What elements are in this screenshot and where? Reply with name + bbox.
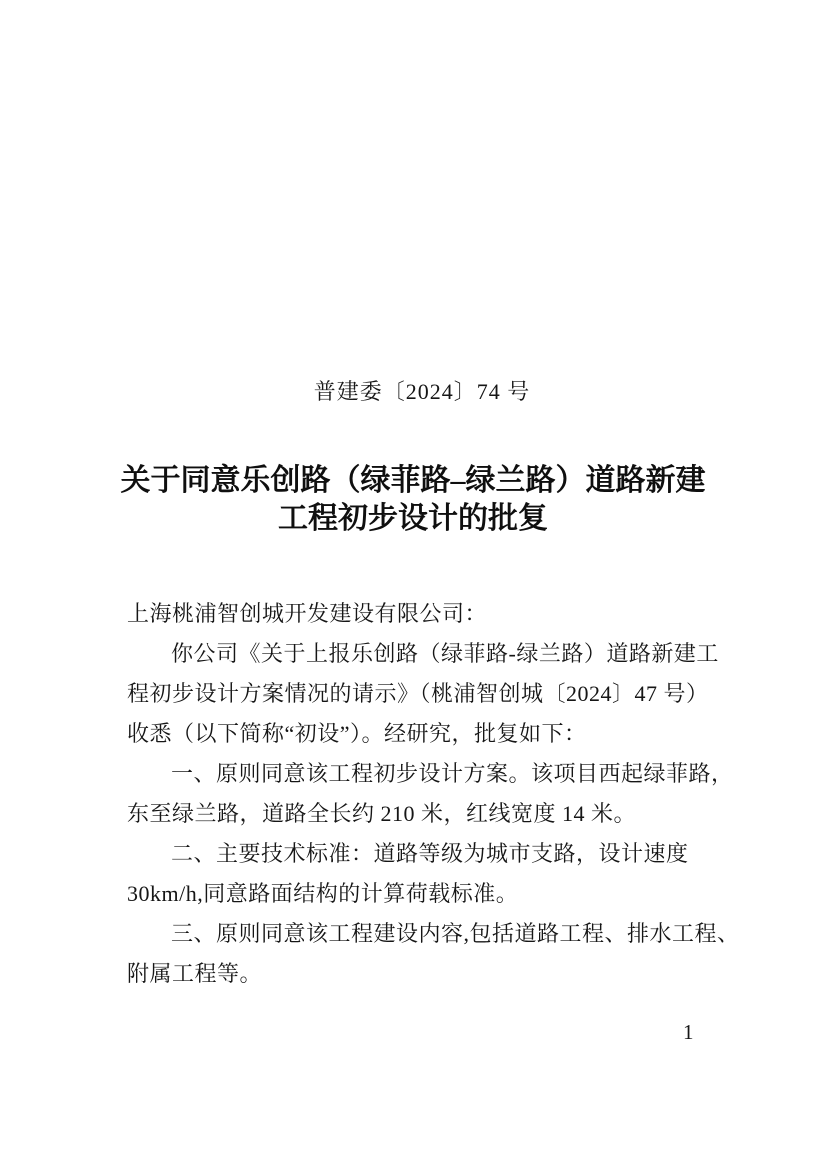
doc-number: 普建委〔2024〕74 号 (127, 376, 717, 408)
page-number: 1 (683, 1018, 694, 1046)
body-line-item-1: 一、原则同意该工程初步设计方案。该项目西起绿菲路， (127, 754, 719, 794)
title-line-1: 关于同意乐创路（绿菲路–绿兰路）道路新建 (113, 462, 713, 500)
document-body: 上海桃浦智创城开发建设有限公司： 你公司《关于上报乐创路（绿菲路-绿兰路）道路新… (127, 594, 719, 994)
body-line: 附属工程等。 (127, 954, 719, 994)
body-line: 收悉（以下简称“初设”）。经研究，批复如下： (127, 714, 719, 754)
salutation-line: 上海桃浦智创城开发建设有限公司： (127, 594, 719, 634)
body-line: 程初步设计方案情况的请示》（桃浦智创城〔2024〕47 号） (127, 674, 719, 714)
body-line: 东至绿兰路，道路全长约 210 米，红线宽度 14 米。 (127, 794, 719, 834)
title-line-2: 工程初步设计的批复 (113, 500, 713, 538)
document-title: 关于同意乐创路（绿菲路–绿兰路）道路新建 工程初步设计的批复 (113, 462, 713, 538)
document-page: 普建委〔2024〕74 号 关于同意乐创路（绿菲路–绿兰路）道路新建 工程初步设… (0, 0, 826, 1169)
body-line: 你公司《关于上报乐创路（绿菲路-绿兰路）道路新建工 (127, 634, 719, 674)
body-line-item-2: 二、主要技术标准：道路等级为城市支路，设计速度 (127, 834, 719, 874)
body-line-item-3: 三、原则同意该工程建设内容,包括道路工程、排水工程、 (127, 914, 719, 954)
body-line: 30km/h,同意路面结构的计算荷载标准。 (127, 874, 719, 914)
